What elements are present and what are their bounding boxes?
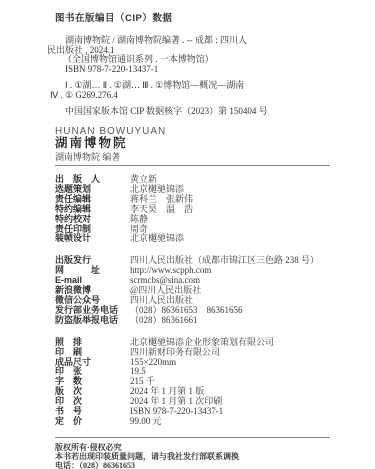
cip-class-line: Ⅳ . ① G269.276.4 [47,91,330,101]
divider-top [55,165,330,166]
credit-row: 成品尺寸 155×220mm [55,358,330,368]
credit-label: 印 刷 [55,348,130,358]
credits-group-staff: 出 版 人 黄立新 选题策划 北京樾驰锦添 责任编辑 蒋科兰 张新伟 特约编辑 … [55,175,330,244]
credits-group-printing: 照 排 北京樾驰锦添企业形象策划有限公司 印 刷 四川新财印务有限公司 成品尺寸… [55,338,330,427]
credit-row: 特约校对 陈静 [55,215,330,225]
credit-row: 出 版 人 黄立新 [55,175,330,185]
credit-row: 特约编辑 李天昊 温 浩 [55,205,330,215]
divider-bottom [55,437,330,438]
credit-row: 防盗版举报电话 （028）86361661 [55,316,330,326]
credit-label: 防盗版举报电话 [55,316,130,326]
credit-label: 定 价 [55,417,130,427]
author-byline: 湖南博物院 编著 [55,152,330,162]
contact-phone: 电话：（028）86361653 [55,461,330,469]
cip-isbn-line: ISBN 978-7-220-13437-1 [47,65,330,75]
credits-section: 出 版 人 黄立新 选题策划 北京樾驰锦添 责任编辑 蒋科兰 张新伟 特约编辑 … [55,175,330,427]
credits-group-publisher: 出版发行 四川人民出版社（成都市锦江区三色路 238 号） 网 址 http:/… [55,256,330,325]
phone-number: （028）86361661 [130,316,198,326]
book-title: 湖南博物院 [55,137,330,150]
credit-value: 北京樾驰锦添 [130,234,184,244]
credit-row: 定 价 99.00 元 [55,417,330,427]
price-value: 99.00 元 [130,417,162,427]
credit-row: 责任印制 周奇 [55,225,330,235]
copyright-page: 图书在版编目（CIP）数据 湖南博物院 / 湖南博物院编著 . -- 成都 : … [0,0,375,469]
cip-paragraph: 湖南博物院 / 湖南博物院编著 . -- 成都 : 四川人 民出版社 , 202… [47,36,330,74]
credit-row: 印 刷 四川新财印务有限公司 [55,348,330,358]
cip-record-number: 中国国家版本馆 CIP 数据核字（2023）第 150404 号 [55,106,330,116]
page-content: 图书在版编目（CIP）数据 湖南博物院 / 湖南博物院编著 . -- 成都 : … [0,0,375,469]
cip-header: 图书在版编目（CIP）数据 [55,14,330,24]
credit-label: 装帧设计 [55,234,130,244]
footer-notice: 版权所有·侵权必究 本书若出现印装质量问题，请与我社发行部联系调换 电话：（02… [55,443,330,469]
credit-row: 书 号 ISBN 978-7-220-13437-1 [55,407,330,417]
credit-row: 印 张 19.5 [55,367,330,377]
credit-row: 装帧设计 北京樾驰锦添 [55,234,330,244]
cip-classification: Ⅰ . ①湖… Ⅱ . ①湖… Ⅲ . ①博物馆—概况—湖南 Ⅳ . ① G26… [47,81,330,100]
credit-value: 四川新财印务有限公司 [130,348,220,358]
copyright-notice: 版权所有·侵权必究 [55,443,330,452]
